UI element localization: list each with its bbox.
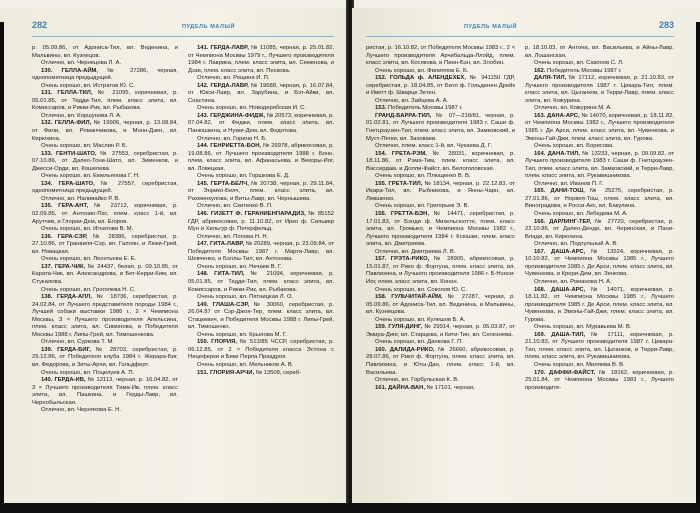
- evaluation-line: Отлично, вл. Горина Н. Б.: [188, 136, 334, 144]
- entry-name: ДАЛЯ-ТИЛ,: [534, 75, 566, 81]
- evaluation-line: Очень хорошо, вл. Борисова.: [525, 143, 674, 151]
- evaluation-line: Отлично, вл. Черняхова Е. Н.: [32, 407, 178, 415]
- running-title: ПУДЕЛЬ МАЛЫЙ: [464, 24, 517, 30]
- entry-name: 168. ДАША-АРС,: [534, 287, 585, 293]
- registry-entry: 137. ГЕРА-ЧИК, № 24437, белая, р. 09.10.…: [32, 264, 178, 287]
- entry-name: 148. ГИТА-ТИЛ,: [197, 271, 245, 277]
- evaluation-line: Отлично, вл. Суркова Т. М.: [32, 339, 178, 347]
- continued-text: р. 05.09.86, от Адониса-Тил, вл. Веденин…: [32, 45, 178, 60]
- entry-details: Победитель Москвы 1987 г.: [388, 105, 463, 111]
- evaluation-line: Отлично, вл. Подтульный А. В.: [525, 241, 674, 249]
- entry-name: 165. ДАНИ-ТОШ,: [534, 188, 585, 194]
- registry-entry: 130. ГЕЛЛА-АЙМ, № 27286, черная, однопом…: [32, 68, 178, 83]
- entry-name: 141. ГЕРДА-ЛАВР,: [197, 45, 249, 51]
- entry-name: ГРАНД-БАРРА-ТИЛ,: [375, 113, 431, 119]
- registry-entry: 141. ГЕРДА-ЛАВР, № 11085, черная, р. 25.…: [188, 45, 334, 75]
- entry-name: 146. ГИЗЕТТ Ф. ГЕРАНИЕНПАРАДИЗ,: [197, 211, 306, 217]
- registry-entry: 134. ГЕРА-ШАТО, № 27557, серебристая, од…: [32, 181, 178, 196]
- entry-name: 144. ГЕНРИЕТТА-БОН,: [197, 143, 261, 149]
- entry-name: 147. ГИТА-ЛАВР,: [197, 241, 244, 247]
- entry-details: № 13508, сереб-: [256, 370, 301, 376]
- entry-name: 140. ГЕРДА-ИВ,: [41, 377, 86, 383]
- evaluation-line: Отлично, вл. Рощина И. П.: [188, 75, 334, 83]
- registry-entry: 144. ГЕНРИЕТТА-БОН, № 26978, абрикосовая…: [188, 143, 334, 173]
- evaluation-line: Очень хорошо, вл. Пятницкая Л. О.: [188, 294, 334, 302]
- continued-text: ристая, р. 16.10.82, от Победителя Москв…: [366, 45, 515, 68]
- entry-name: 162.: [534, 68, 545, 74]
- registry-entry: 133. ГЕНТИ-ШАТО, № 27553, серебристая, р…: [32, 151, 178, 174]
- evaluation-line: Очень хорошо, вл. Игнатова В. М.: [32, 226, 178, 234]
- registry-entry: 156. ГРЕТТА-БЭН, № 14471, серебристая, р…: [366, 211, 515, 249]
- evaluation-line: Очень хорошо, вл. Григорьев Э. В.: [366, 203, 515, 211]
- entry-details: № 18736, серебристая, р. 24.02.84, от Лу…: [32, 294, 178, 338]
- evaluation-line: Отлично, вл. Скитенко В. П.: [188, 203, 334, 211]
- entry-name: 142. ГЕРДА-ЛАВР,: [197, 83, 249, 89]
- entry-name: 132. ГЕЛЛА-ФИЛ,: [41, 120, 91, 126]
- entry-name: 155. ГРЕТА-ТИЛ,: [375, 181, 422, 187]
- evaluation-line: Очень хорошо, вл. Емельянова Г. Н.: [32, 173, 178, 181]
- registry-entry: 140. ГЕРДА-ИВ, № 12113, черная, р. 16.04…: [32, 377, 178, 407]
- registry-entry: 166. ДАРЛИНГ-ТЕР, № 27720, серебристая, …: [525, 219, 674, 242]
- evaluation-line: Очень хорошо, вл. Муравьева М. В.: [525, 324, 674, 332]
- registry-entry: 151. ГЛОРИЯ-АРЧИ, № 13508, сереб-: [188, 370, 334, 378]
- registry-entry: 148. ГИТА-ТИЛ, № 21094, коричневая, р. 0…: [188, 271, 334, 294]
- registry-entry: 143. ГЕРДЖИНА-ФИДЖ, № 20573, коричневая,…: [188, 113, 334, 136]
- registry-entry: 135. ГЕРА-АНТ, № 23712, коричневая, р. 0…: [32, 203, 178, 226]
- registry-entry: 157. ГРЭТА-РИКО, № 28905, абрикосовая, р…: [366, 256, 515, 286]
- registry-entry: 168. ДАША-АРС, № 14071, коричневая, р. 1…: [525, 287, 674, 325]
- entry-name: 135. ГЕРА-АНТ,: [41, 203, 88, 209]
- column-4: р. 18.10.83, от Антона, вл. Васильева, и…: [525, 45, 674, 392]
- entry-name: 167. ДАША-АРС,: [534, 249, 585, 255]
- entry-name: 134. ГЕРА-ШАТО,: [41, 181, 95, 187]
- registry-entry: 165. ДАНИ-ТОШ, № 25275, серебристая, р. …: [525, 188, 674, 211]
- continued-text: р. 18.10.83, от Антона, вл. Васильева, и…: [525, 45, 674, 60]
- registry-entry: 170. ДАФФИ-ФАЙСТ, № 18162, коричневая, р…: [525, 370, 674, 393]
- registry-entry: ГРАНД-БАРРА-ТИЛ, № 07—218/81, черная, р.…: [366, 113, 515, 143]
- page-number: 283: [659, 20, 674, 30]
- entry-name: 136. ГЕРА-СЭР,: [41, 234, 88, 240]
- registry-entry: 132. ГЕЛЛА-ФИЛ, № 19906, черная, р. 13.0…: [32, 120, 178, 143]
- entry-name: 153.: [375, 105, 386, 111]
- evaluation-line: Отлично, вл. Зайцева А. А.: [366, 98, 515, 106]
- registry-entry: 163. ДАНА-АРС, № 14070, коричневая, р. 1…: [525, 113, 674, 143]
- entry-name: 164. ДАНА-ТИЛ,: [534, 151, 580, 157]
- entry-name: 152. ГОЛЬДА ф. АЛЕНДЕХЕХ,: [375, 75, 466, 81]
- entry-name: 138. ГЕРДА-АПЛ,: [41, 294, 92, 300]
- evaluation-line: Очень хорошо, вл. Гроголева Н. С.: [32, 287, 178, 295]
- entry-name: 139. ГЕРДА-БИГ,: [41, 347, 91, 353]
- right-page: ПУДЕЛЬ МАЛЫЙ 283 ристая, р. 16.10.82, от…: [352, 8, 696, 503]
- entry-name: 150. ГЛОРИЯ,: [197, 339, 237, 345]
- evaluation-line: Очень хорошо, вл. Сазонов С. Л.: [525, 60, 674, 68]
- evaluation-line: Очень хорошо, вл. Маслин Р. Б.: [32, 143, 178, 151]
- registry-entry: ДАЛЯ-ТИЛ, № 17112, коричневая, р. 21.10.…: [525, 75, 674, 105]
- evaluation-line: Очень хорошо, вл. Леонтьева Е. Е.: [32, 256, 178, 264]
- registry-entry: 147. ГИТА-ЛАВР, № 20289, черная, р. 23.0…: [188, 241, 334, 264]
- entry-name: 149. ГЛАША-СЭР,: [197, 302, 249, 308]
- registry-entry: 139. ГЕРДА-БИГ, № 28703, серебристая, р.…: [32, 347, 178, 370]
- entry-name: 158. ГУЛЬЧИТАЙ-АЙМ,: [375, 294, 443, 300]
- evaluation-line: Отлично, плем. класс 1-й, вл. Чукаева Д.…: [366, 143, 515, 151]
- entry-name: 154. ГРЕТА-РЭМ,: [375, 151, 427, 157]
- registry-entry: 164. ДАНА-ТИЛ, № 13233, черная, р. 09.09…: [525, 151, 674, 181]
- evaluation-line: Очень хорошо, вл. Миляева В. В.: [525, 362, 674, 370]
- registry-entry: 154. ГРЕТА-РЭМ, № 28031, коричневая, р. …: [366, 151, 515, 174]
- registry-entry: 152. ГОЛЬДА ф. АЛЕНДЕХЕХ, № 941150 ГДР, …: [366, 75, 515, 98]
- evaluation-line: Очень хорошо, вл. Горшкова Е. Д.: [188, 173, 334, 181]
- registry-entry: 145. ГЕРТА-БЕЛЧ, № 20738, черная, р. 29.…: [188, 181, 334, 204]
- evaluation-line: Отлично, вл. Романова Н. А.: [525, 279, 674, 287]
- registry-entry: 155. ГРЕТА-ТИЛ, № 18134, черная, р. 22.1…: [366, 181, 515, 204]
- registry-entry: 153. Победитель Москвы 1987 г.: [366, 105, 515, 113]
- scan-bottom-edge: [0, 503, 700, 513]
- registry-entry: 159. ГУЛЯ-ДИНГ, № 29914, черная, р. 05.0…: [366, 324, 515, 339]
- running-header-left: 282 ПУДЕЛЬ МАЛЫЙ: [32, 20, 334, 37]
- evaluation-line: Очень хорошо, вл. Плющенко В. В.: [366, 173, 515, 181]
- entry-name: 145. ГЕРТА-БЕЛЧ,: [197, 181, 249, 187]
- entry-name: 131. ГЕЛЛА-ТИЛ,: [41, 90, 92, 96]
- registry-entry: 136. ГЕРА-СЭР, № 28386, серебристая, р. …: [32, 234, 178, 257]
- entry-details: Победитель Москвы 1987 г.: [547, 68, 622, 74]
- entry-details: № 17101, черная,: [427, 385, 475, 391]
- entry-name: 163. ДАНА-АРС,: [534, 113, 580, 119]
- registry-entry: 158. ГУЛЬЧИТАЙ-АЙМ, № 27287, черная, р. …: [366, 294, 515, 317]
- column-2: 141. ГЕРДА-ЛАВР, № 11085, черная, р. 25.…: [188, 45, 334, 415]
- entry-name: 143. ГЕРДЖИНА-ФИДЖ,: [197, 113, 265, 119]
- evaluation-line: Очень хорошо, вл. Лебедева М. А.: [525, 211, 674, 219]
- registry-entry: 161. ДАЙНА-ВАН, № 17101, черная,: [366, 385, 515, 393]
- entry-name: 170. ДАФФИ-ФАЙСТ,: [534, 370, 595, 376]
- registry-entry: 150. ГЛОРИЯ, № 513/85 ЧССР, серебристая,…: [188, 339, 334, 362]
- entry-name: 166. ДАРЛИНГ-ТЕР,: [534, 219, 591, 225]
- registry-entry: 142. ГЕРДА-ЛАВР, № 19688, черная, р. 16.…: [188, 83, 334, 106]
- evaluation-line: Очень хорошо, вл. Новодерябская И. С.: [188, 105, 334, 113]
- registry-entry: 131. ГЕЛЛА-ТИЛ, № 21095, коричневая, р. …: [32, 90, 178, 113]
- entry-name: 133. ГЕНТИ-ШАТО,: [41, 151, 97, 157]
- column-3: ристая, р. 16.10.82, от Победителя Москв…: [366, 45, 515, 392]
- evaluation-line: Очень хорошо, вл. Соколов Ю. С.: [366, 287, 515, 295]
- entry-name: 161. ДАЙНА-ВАН,: [375, 385, 425, 391]
- registry-entry: 169. ДАША-ТИЛ, № 17111, коричневая, р. 2…: [525, 332, 674, 362]
- page-number: 282: [32, 20, 47, 30]
- entry-name: 151. ГЛОРИЯ-АРЧИ,: [197, 370, 254, 376]
- evaluation-line: Отлично, вл. Горбульская К. В.: [366, 377, 515, 385]
- registry-entry: 167. ДАША-АРС, № 13524, коричневая, р. 1…: [525, 249, 674, 279]
- entry-name: 160. ДАЛИДА-РИКО,: [375, 347, 435, 353]
- running-title: ПУДЕЛЬ МАЛЫЙ: [182, 24, 235, 30]
- registry-entry: 160. ДАЛИДА-РИКО, № 26660, абрикосовая, …: [366, 347, 515, 377]
- left-page: 282 ПУДЕЛЬ МАЛЫЙ р. 05.09.86, от Адониса…: [4, 8, 348, 503]
- entry-name: 156. ГРЕТТА-БЭН,: [375, 211, 429, 217]
- evaluation-line: Отлично, вл. Чернецова Л. А.: [32, 60, 178, 68]
- evaluation-line: Отлично, вл. Кожурина М. А.: [525, 105, 674, 113]
- entry-name: 137. ГЕРА-ЧИК,: [41, 264, 85, 270]
- registry-entry: 138. ГЕРДА-АПЛ, № 18736, серебристая, р.…: [32, 294, 178, 339]
- entry-name: 157. ГРЭТА-РИКО,: [375, 256, 429, 262]
- running-header-right: ПУДЕЛЬ МАЛЫЙ 283: [366, 20, 674, 37]
- evaluation-line: Очень хорошо, вл. Поцелуев А. П.: [32, 370, 178, 378]
- column-1: р. 05.09.86, от Адониса-Тил, вл. Веденин…: [32, 45, 178, 415]
- evaluation-line: Очень хорошо, вл. Мельников А. В.: [188, 362, 334, 370]
- evaluation-line: Очень хорошо, вл. Данкова Г. П.: [366, 339, 515, 347]
- entry-name: 169. ДАША-ТИЛ,: [534, 332, 585, 338]
- entry-name: 130. ГЕЛЛА-АЙМ,: [41, 68, 98, 74]
- entry-name: 159. ГУЛЯ-ДИНГ,: [375, 324, 422, 330]
- registry-entry: 146. ГИЗЕТТ Ф. ГЕРАНИЕНПАРАДИЗ, № 85152 …: [188, 211, 334, 234]
- registry-entry: 149. ГЛАША-СЭР, № 30060, серебристая, р.…: [188, 302, 334, 332]
